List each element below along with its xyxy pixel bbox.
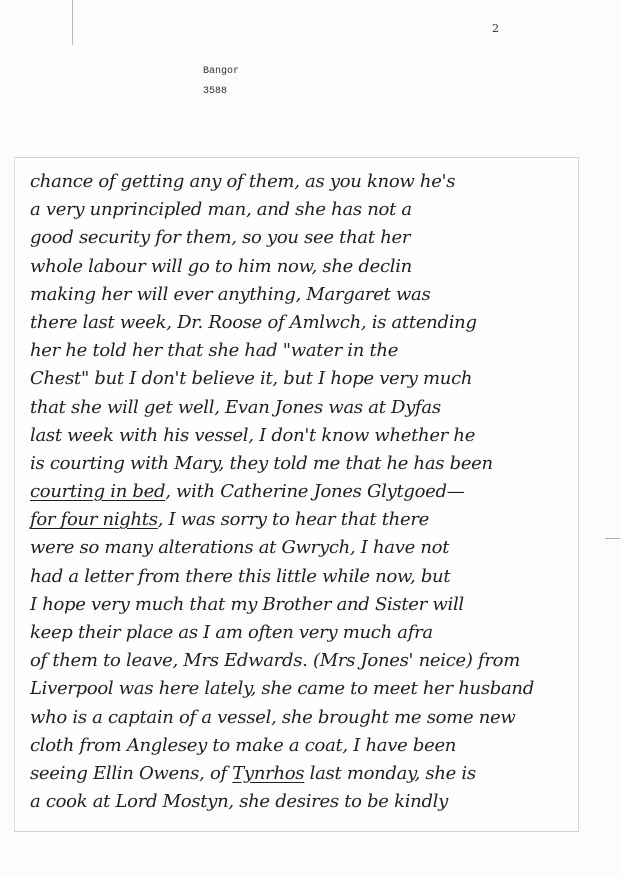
- letter-line: were so many alterations at Gwrych, I ha…: [30, 534, 570, 562]
- letter-line: had a letter from there this little whil…: [30, 563, 570, 591]
- letter-line: Liverpool was here lately, she came to m…: [30, 675, 570, 703]
- archive-collection: Bangor: [203, 62, 239, 82]
- letter-line-underlined: for four nights, I was sorry to hear tha…: [30, 506, 570, 534]
- letter-line: is courting with Mary, they told me that…: [30, 450, 570, 478]
- letter-line: cloth from Anglesey to make a coat, I ha…: [30, 732, 570, 760]
- letter-line: good security for them, so you see that …: [30, 224, 570, 252]
- letter-line: there last week, Dr. Roose of Amlwch, is…: [30, 309, 570, 337]
- letter-line: a very unprincipled man, and she has not…: [30, 196, 570, 224]
- handwritten-letter-body: chance of getting any of them, as you kn…: [30, 168, 570, 816]
- page-number: 2: [492, 22, 499, 35]
- letter-line-underlined: seeing Ellin Owens, of Tynrhos last mond…: [30, 760, 570, 788]
- letter-line: I hope very much that my Brother and Sis…: [30, 591, 570, 619]
- underlined-phrase: Tynrhos: [232, 763, 304, 784]
- archive-reference: 3588: [203, 82, 239, 102]
- letter-line: making her will ever anything, Margaret …: [30, 281, 570, 309]
- letter-line: chance of getting any of them, as you kn…: [30, 168, 570, 196]
- letter-line: last week with his vessel, I don't know …: [30, 422, 570, 450]
- archive-label: Bangor 3588: [203, 62, 239, 102]
- letter-line: Chest" but I don't believe it, but I hop…: [30, 365, 570, 393]
- underlined-phrase: courting in bed: [30, 481, 165, 502]
- scan-margin-mark: [605, 538, 620, 539]
- letter-line: a cook at Lord Mostyn, she desires to be…: [30, 788, 570, 816]
- letter-line-underlined: courting in bed, with Catherine Jones Gl…: [30, 478, 570, 506]
- letter-line: keep their place as I am often very much…: [30, 619, 570, 647]
- letter-line: who is a captain of a vessel, she brough…: [30, 704, 570, 732]
- letter-line: her he told her that she had "water in t…: [30, 337, 570, 365]
- letter-line: whole labour will go to him now, she dec…: [30, 253, 570, 281]
- scan-edge-mark: [72, 0, 73, 45]
- letter-line: of them to leave, Mrs Edwards. (Mrs Jone…: [30, 647, 570, 675]
- letter-line: that she will get well, Evan Jones was a…: [30, 394, 570, 422]
- underlined-phrase: for four nights: [30, 509, 158, 530]
